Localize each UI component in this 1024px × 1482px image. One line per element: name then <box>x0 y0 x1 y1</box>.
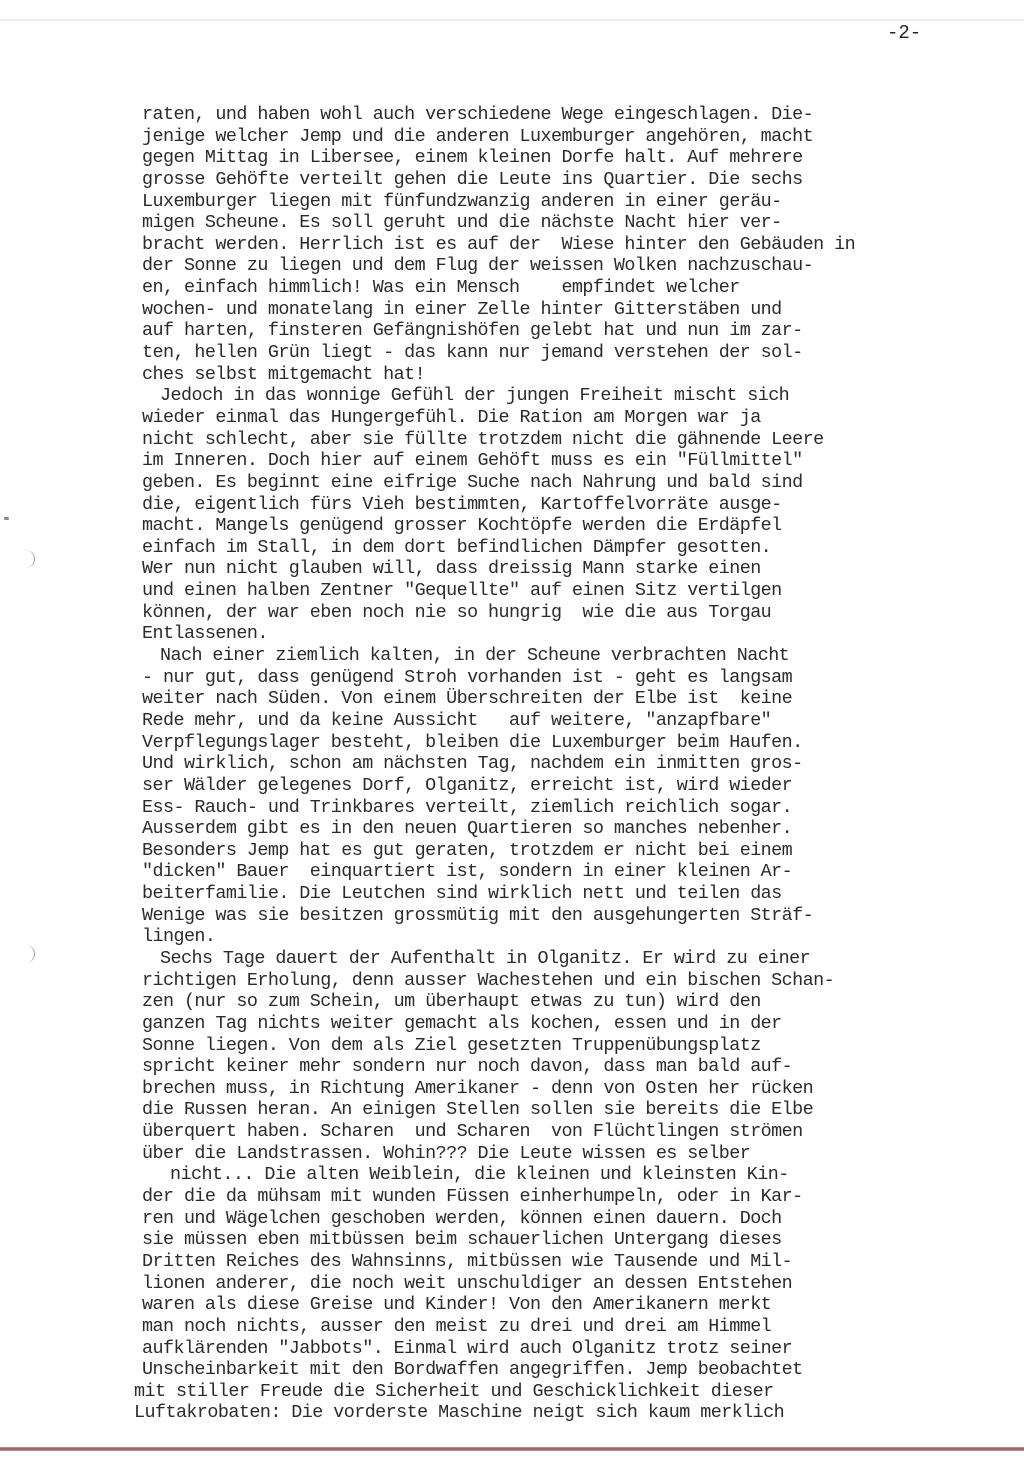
text-line: ren und Wägelchen geschoben werden, könn… <box>142 1208 972 1230</box>
text-line: im Inneren. Doch hier auf einem Gehöft m… <box>142 450 972 472</box>
text-line: und einen halben Zentner "Gequellte" auf… <box>142 580 972 602</box>
text-line: sie müssen eben mitbüssen beim schauerli… <box>142 1229 972 1251</box>
text-line: Sonne liegen. Von dem als Ziel gesetzten… <box>142 1035 972 1057</box>
page-number: -2- <box>887 22 921 44</box>
text-line: lingen. <box>142 926 972 948</box>
text-line: grosse Gehöfte verteilt gehen die Leute … <box>142 169 972 191</box>
text-line: Besonders Jemp hat es gut geraten, trotz… <box>142 840 972 862</box>
text-line: Sechs Tage dauert der Aufenthalt in Olga… <box>142 948 972 970</box>
text-line: "dicken" Bauer einquartiert ist, sondern… <box>142 861 972 883</box>
text-line: mit stiller Freude die Sicherheit und Ge… <box>134 1381 972 1403</box>
text-line: - nur gut, dass genügend Stroh vorhanden… <box>142 667 972 689</box>
text-line: die Russen heran. An einigen Stellen sol… <box>142 1099 972 1121</box>
text-line: können, der war eben noch nie so hungrig… <box>142 602 972 624</box>
text-line: migen Scheune. Es soll geruht und die nä… <box>142 212 972 234</box>
text-line: über die Landstrassen. Wohin??? Die Leut… <box>142 1143 972 1165</box>
text-line: gegen Mittag in Libersee, einem kleinen … <box>142 147 972 169</box>
text-line: en, einfach himmlich! Was ein Mensch emp… <box>142 277 972 299</box>
text-line: Verpflegungslager besteht, bleiben die L… <box>142 732 972 754</box>
text-line: Dritten Reiches des Wahnsinns, mitbüssen… <box>142 1251 972 1273</box>
text-line: aufklärenden "Jabbots". Einmal wird auch… <box>142 1338 972 1360</box>
text-line: geben. Es beginnt eine eifrige Suche nac… <box>142 472 972 494</box>
text-line: waren als diese Greise und Kinder! Von d… <box>142 1294 972 1316</box>
text-line: macht. Mangels genügend grosser Kochtöpf… <box>142 515 972 537</box>
text-line: wochen- und monatelang in einer Zelle hi… <box>142 299 972 321</box>
text-line: Entlassenen. <box>142 623 972 645</box>
margin-speck <box>4 517 9 520</box>
top-edge-rule <box>0 19 1024 21</box>
text-line: Wer nun nicht glauben will, dass dreissi… <box>142 558 972 580</box>
text-line: der die da mühsam mit wunden Füssen einh… <box>142 1186 972 1208</box>
text-line: raten, und haben wohl auch verschiedene … <box>142 104 972 126</box>
text-line: Wenige was sie besitzen grossmütig mit d… <box>142 905 972 927</box>
punch-hole-mark <box>24 550 35 568</box>
text-line: Und wirklich, schon am nächsten Tag, nac… <box>142 753 972 775</box>
text-line: nicht... Die alten Weiblein, die kleinen… <box>142 1164 972 1186</box>
text-line: ches selbst mitgemacht hat! <box>142 364 972 386</box>
text-line: Rede mehr, und da keine Aussicht auf wei… <box>142 710 972 732</box>
bottom-edge-rule <box>0 1447 1024 1451</box>
text-line: jenige welcher Jemp und die anderen Luxe… <box>142 126 972 148</box>
text-line: brechen muss, in Richtung Amerikaner - d… <box>142 1078 972 1100</box>
text-line: ser Wälder gelegenes Dorf, Olganitz, err… <box>142 775 972 797</box>
text-line: ten, hellen Grün liegt - das kann nur je… <box>142 342 972 364</box>
text-line: Unscheinbarkeit mit den Bordwaffen angeg… <box>142 1359 972 1381</box>
text-line: bracht werden. Herrlich ist es auf der W… <box>142 234 972 256</box>
text-line: Ausserdem gibt es in den neuen Quartiere… <box>142 818 972 840</box>
text-line: wieder einmal das Hungergefühl. Die Rati… <box>142 407 972 429</box>
text-line: spricht keiner mehr sondern nur noch dav… <box>142 1056 972 1078</box>
text-line: Jedoch in das wonnige Gefühl der jungen … <box>142 385 972 407</box>
text-line: richtigen Erholung, denn ausser Wacheste… <box>142 970 972 992</box>
text-line: Luxemburger liegen mit fünfundzwanzig an… <box>142 191 972 213</box>
text-line: der Sonne zu liegen und dem Flug der wei… <box>142 255 972 277</box>
text-line: die, eigentlich fürs Vieh bestimmten, Ka… <box>142 494 972 516</box>
text-line: einfach im Stall, in dem dort befindlich… <box>142 537 972 559</box>
text-line: Luftakrobaten: Die vorderste Maschine ne… <box>134 1402 972 1424</box>
text-line: auf harten, finsteren Gefängnishöfen gel… <box>142 320 972 342</box>
text-line: nicht schlecht, aber sie füllte trotzdem… <box>142 429 972 451</box>
text-line: überquert haben. Scharen und Scharen von… <box>142 1121 972 1143</box>
text-line: Nach einer ziemlich kalten, in der Scheu… <box>142 645 972 667</box>
typewritten-text-body: raten, und haben wohl auch verschiedene … <box>142 104 972 1424</box>
text-line: zen (nur so zum Schein, um überhaupt etw… <box>142 991 972 1013</box>
text-line: Ess- Rauch- und Trinkbares verteilt, zie… <box>142 797 972 819</box>
punch-hole-mark <box>24 945 35 963</box>
text-line: man noch nichts, ausser den meist zu dre… <box>142 1316 972 1338</box>
text-line: lionen anderer, die noch weit unschuldig… <box>142 1273 972 1295</box>
text-line: weiter nach Süden. Von einem Überschreit… <box>142 688 972 710</box>
text-line: beiterfamilie. Die Leutchen sind wirklic… <box>142 883 972 905</box>
text-line: ganzen Tag nichts weiter gemacht als koc… <box>142 1013 972 1035</box>
